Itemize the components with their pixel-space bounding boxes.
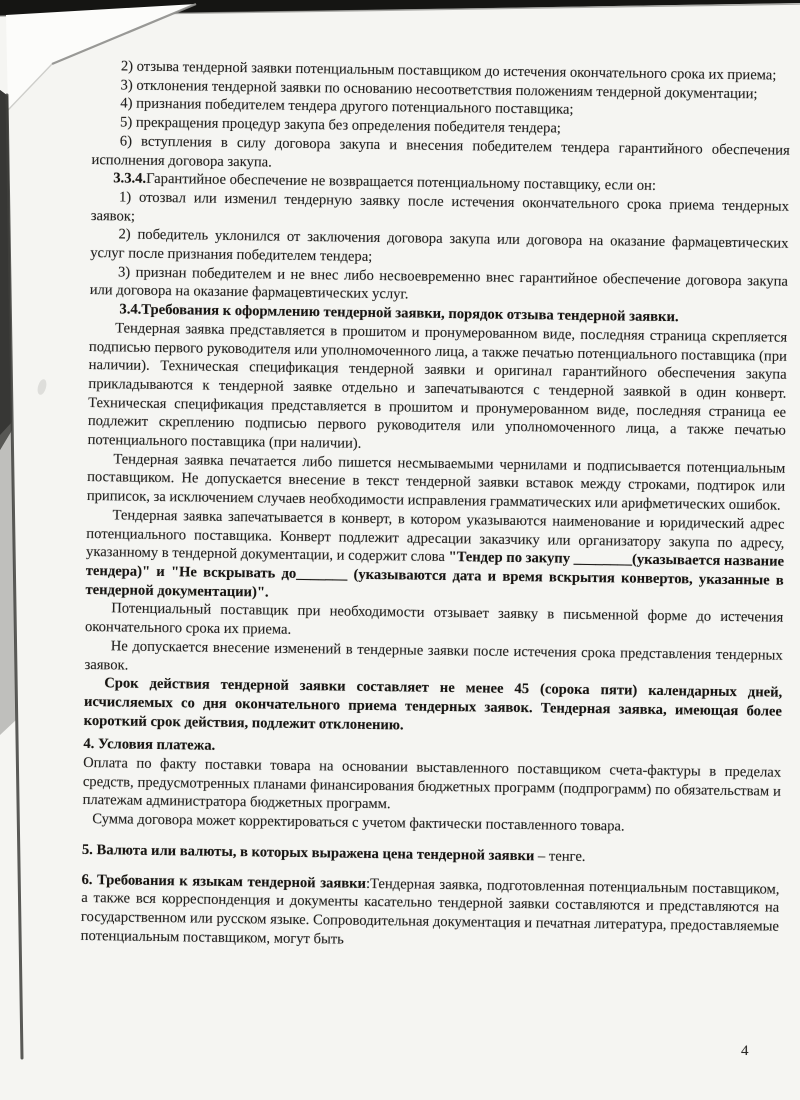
bold-text-run: Срок действия тендерной заявки составляе… [84,675,783,733]
flush-paragraph: Оплата по факту поставки товара на основ… [82,754,781,820]
paragraph: Тендерная заявка печатается либо пишется… [87,450,786,516]
bold-text-run: 4. Условия платежа. [83,736,215,754]
section-line: 5. Валюта или валюты, в которых выражена… [82,841,780,869]
bold-text-run: 3.3.4. [113,171,146,187]
bold-text-run: 6. Требования к языкам тендерной заявки [81,871,366,891]
page-number: 4 [741,1043,749,1060]
text-run: – тенге. [534,848,585,865]
text-run: Оплата по факту поставки товара на основ… [83,755,782,813]
document-body: 2) отзыва тендерной заявки потенциальным… [81,57,791,955]
text-run: Тендерная заявка представляется в прошит… [88,320,788,452]
smudge-mark [36,378,48,396]
scanned-document-canvas: 2) отзыва тендерной заявки потенциальным… [0,0,800,1100]
key-paragraph: Срок действия тендерной заявки составляе… [84,674,783,740]
bold-text-run: 5. Валюта или валюты, в которых выражена… [82,842,535,864]
paragraph: Тендерная заявка представляется в прошит… [88,319,788,460]
paragraph: Тендерная заявка запечатывается в конвер… [85,506,784,609]
section-paragraph: 6. Требования к языкам тендерной заявки:… [81,870,780,955]
text-run: Тендерная заявка печатается либо пишется… [87,451,786,514]
